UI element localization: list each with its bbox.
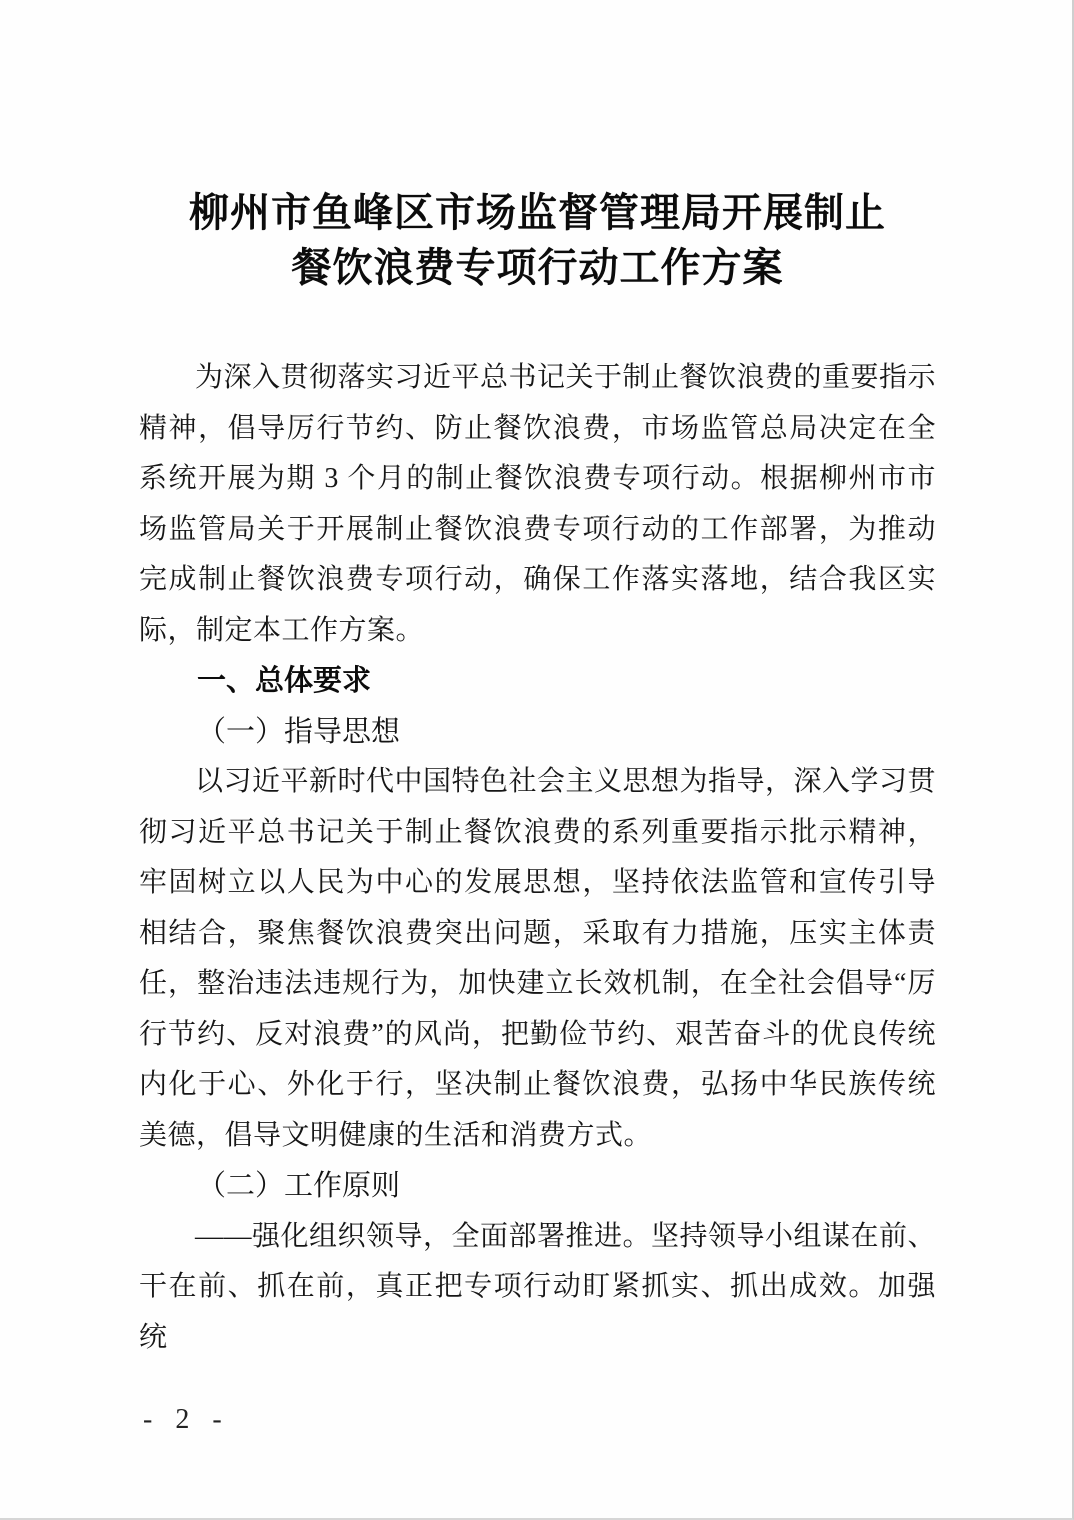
document-body: 为深入贯彻落实习近平总书记关于制止餐饮浪费的重要指示精神，倡导厉行节约、防止餐饮… bbox=[139, 353, 936, 1363]
principles-paragraph: ——强化组织领导，全面部署推进。坚持领导小组谋在前、干在前、抓在前，真正把专项行… bbox=[139, 1212, 936, 1364]
section-heading-overall-requirements: 一、总体要求 bbox=[139, 656, 936, 707]
document-title-line2: 餐饮浪费专项行动工作方案 bbox=[139, 240, 936, 295]
document-page: 柳州市鱼峰区市场监督管理局开展制止 餐饮浪费专项行动工作方案 为深入贯彻落实习近… bbox=[0, 0, 1074, 1520]
document-title-line1: 柳州市鱼峰区市场监督管理局开展制止 bbox=[139, 185, 936, 240]
guiding-ideology-paragraph: 以习近平新时代中国特色社会主义思想为指导，深入学习贯彻习近平总书记关于制止餐饮浪… bbox=[139, 757, 936, 1161]
document-title: 柳州市鱼峰区市场监督管理局开展制止 餐饮浪费专项行动工作方案 bbox=[139, 185, 936, 295]
intro-paragraph: 为深入贯彻落实习近平总书记关于制止餐饮浪费的重要指示精神，倡导厉行节约、防止餐饮… bbox=[139, 353, 936, 656]
subsection-heading-guiding-ideology: （一）指导思想 bbox=[139, 707, 936, 758]
page-number: - 2 - bbox=[143, 1402, 230, 1438]
document-content: 柳州市鱼峰区市场监督管理局开展制止 餐饮浪费专项行动工作方案 为深入贯彻落实习近… bbox=[139, 0, 936, 1363]
subsection-heading-work-principles: （二）工作原则 bbox=[139, 1161, 936, 1212]
